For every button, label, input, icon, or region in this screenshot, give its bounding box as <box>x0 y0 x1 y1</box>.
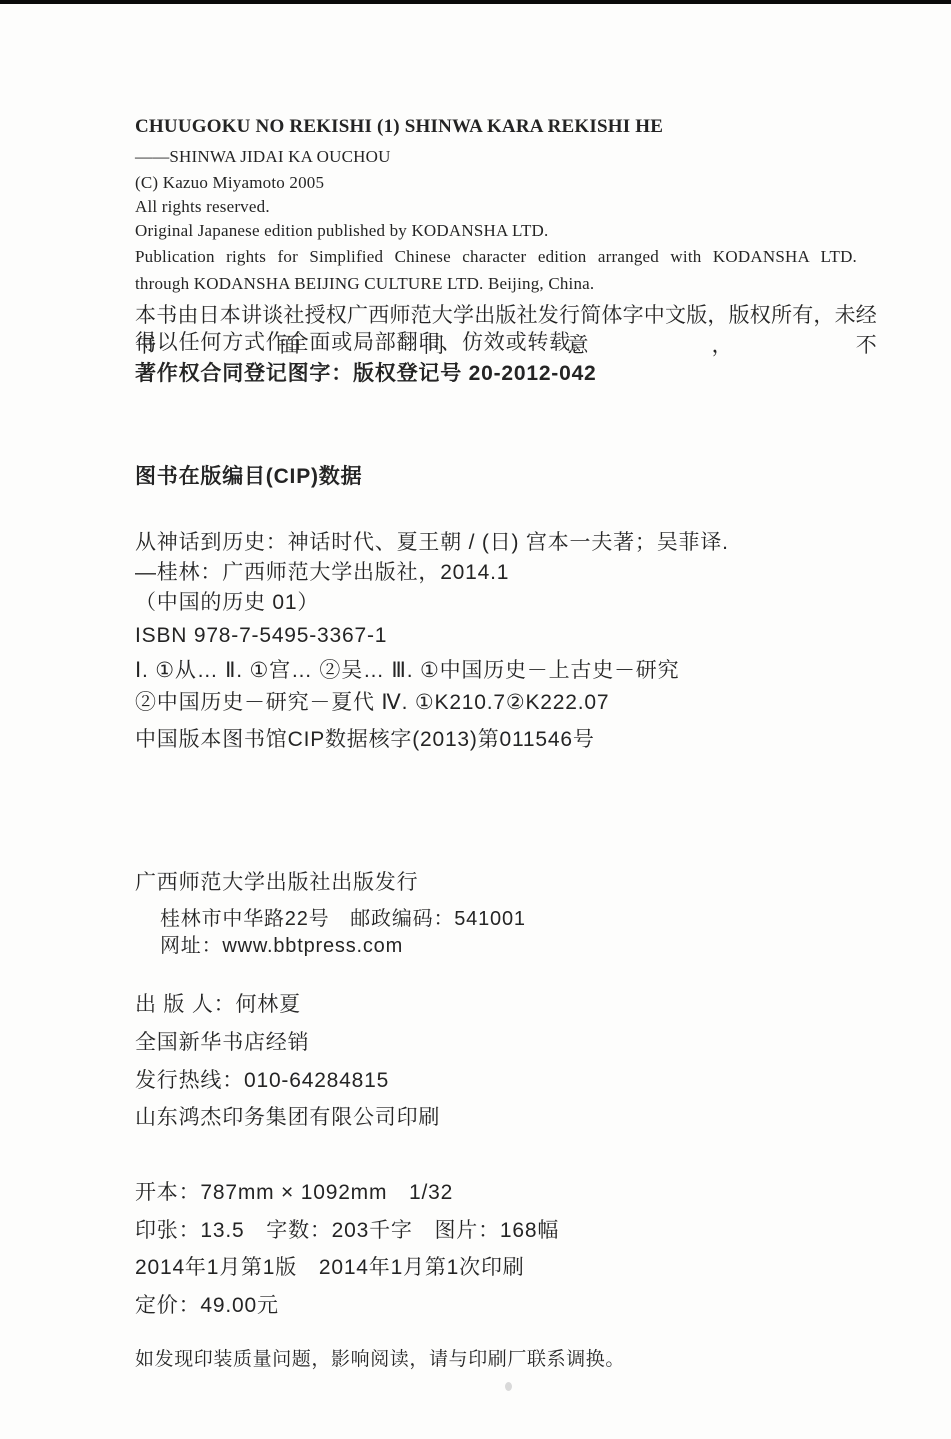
cip-classification-line2: ②中国历史－研究－夏代 Ⅳ. ①K210.7②K222.07 <box>135 686 609 716</box>
publisher-address-line: 桂林市中华路22号 邮政编码：541001 <box>160 902 526 931</box>
romaji-title: CHUUGOKU NO REKISHI (1) SHINWA KARA REKI… <box>135 116 663 138</box>
printer-line: 山东鸿杰印务集团有限公司印刷 <box>135 1101 440 1131</box>
chinese-notice-line2: 得以任何方式作全面或局部翻印、仿效或转载。 <box>135 326 593 356</box>
cip-description-line1: 从神话到历史：神话时代、夏王朝 / (日) 宫本一夫著；吴菲译. <box>135 526 729 556</box>
publication-rights-line2: through KODANSHA BEIJING CULTURE LTD. Be… <box>135 274 594 294</box>
rights-reserved-line: All rights reserved. <box>135 197 270 217</box>
cip-heading: 图书在版编目(CIP)数据 <box>135 460 362 490</box>
copyright-page: CHUUGOKU NO REKISHI (1) SHINWA KARA REKI… <box>0 0 951 1439</box>
publisher-line: 广西师范大学出版社出版发行 <box>135 866 418 896</box>
distribution-line: 全国新华书店经销 <box>135 1026 309 1056</box>
price-line: 定价：49.00元 <box>135 1289 279 1319</box>
original-edition-line: Original Japanese edition published by K… <box>135 221 548 241</box>
scan-artifact <box>505 1382 512 1391</box>
quality-note-line: 如发现印装质量问题，影响阅读，请与印刷厂联系调换。 <box>135 1344 625 1371</box>
publisher-website-line: 网址：www.bbtpress.com <box>160 929 403 958</box>
sheets-line: 印张：13.5 字数：203千字 图片：168幅 <box>135 1214 559 1244</box>
scan-edge-bar <box>0 0 951 4</box>
registration-number-line: 著作权合同登记图字：版权登记号 20-2012-042 <box>135 357 597 387</box>
publisher-person-line: 出 版 人：何林夏 <box>135 988 301 1018</box>
hotline-line: 发行热线：010-64284815 <box>135 1064 389 1094</box>
cip-series-line: （中国的历史 01） <box>135 586 319 616</box>
cip-classification-line1: Ⅰ. ①从… Ⅱ. ①宫… ②吴… Ⅲ. ①中国历史－上古史－研究 <box>135 654 679 684</box>
romaji-subtitle: ——SHINWA JIDAI KA OUCHOU <box>135 147 391 167</box>
format-line: 开本：787mm × 1092mm 1/32 <box>135 1176 453 1206</box>
cip-record-number-line: 中国版本图书馆CIP数据核字(2013)第011546号 <box>135 723 595 753</box>
cip-description-line2: —桂林：广西师范大学出版社，2014.1 <box>135 556 509 586</box>
copyright-line: (C) Kazuo Miyamoto 2005 <box>135 173 324 193</box>
isbn-line: ISBN 978-7-5495-3367-1 <box>135 624 387 648</box>
publication-rights-line1: Publication rights for Simplified Chines… <box>135 247 857 267</box>
edition-line: 2014年1月第1版 2014年1月第1次印刷 <box>135 1251 525 1281</box>
